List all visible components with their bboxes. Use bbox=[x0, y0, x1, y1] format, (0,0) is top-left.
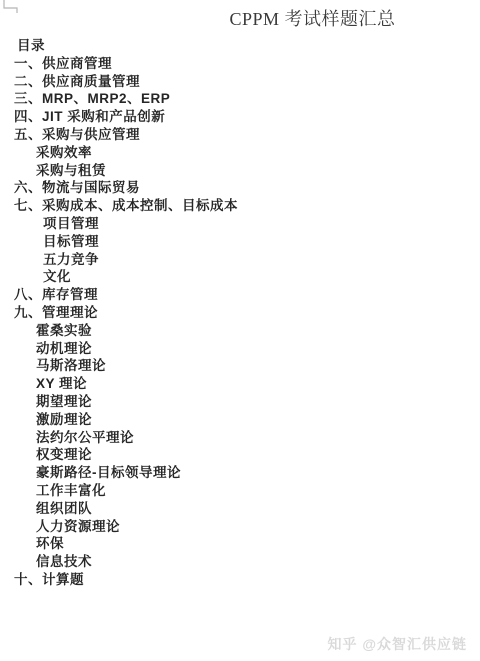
toc-item: 人力资源理论 bbox=[0, 518, 480, 536]
toc-item: 采购与租赁 bbox=[0, 162, 480, 180]
toc-heading: 目录 bbox=[0, 37, 480, 55]
toc-item: 霍桑实验 bbox=[0, 322, 480, 340]
toc-item: 信息技术 bbox=[0, 553, 480, 571]
toc-item: 工作丰富化 bbox=[0, 482, 480, 500]
toc-item: 马斯洛理论 bbox=[0, 357, 480, 375]
toc-item: 权变理论 bbox=[0, 446, 480, 464]
toc-item: 期望理论 bbox=[0, 393, 480, 411]
toc-item: 动机理论 bbox=[0, 340, 480, 358]
toc-item: 五力竞争 bbox=[0, 251, 480, 269]
toc-item: 采购效率 bbox=[0, 144, 480, 162]
table-of-contents: 目录 一、供应商管理二、供应商质量管理三、MRP、MRP2、ERP四、JIT 采… bbox=[0, 37, 480, 589]
watermark-text: 知乎 @众智汇供应链 bbox=[327, 634, 467, 654]
toc-item: 文化 bbox=[0, 268, 480, 286]
toc-item: 激励理论 bbox=[0, 411, 480, 429]
toc-item: 三、MRP、MRP2、ERP bbox=[0, 90, 480, 108]
toc-item: 四、JIT 采购和产品创新 bbox=[0, 108, 480, 126]
toc-item: 法约尔公平理论 bbox=[0, 429, 480, 447]
toc-item: 项目管理 bbox=[0, 215, 480, 233]
toc-item: 豪斯路径-目标领导理论 bbox=[0, 464, 480, 482]
toc-item: 目标管理 bbox=[0, 233, 480, 251]
toc-item: 五、采购与供应管理 bbox=[0, 126, 480, 144]
toc-item: 十、计算题 bbox=[0, 571, 480, 589]
toc-item: 二、供应商质量管理 bbox=[0, 73, 480, 91]
toc-item: 六、物流与国际贸易 bbox=[0, 179, 480, 197]
toc-list: 一、供应商管理二、供应商质量管理三、MRP、MRP2、ERP四、JIT 采购和产… bbox=[0, 55, 480, 589]
page-title: CPPM 考试样题汇总 bbox=[0, 6, 480, 32]
toc-item: 八、库存管理 bbox=[0, 286, 480, 304]
toc-item: 一、供应商管理 bbox=[0, 55, 480, 73]
toc-item: XY 理论 bbox=[0, 375, 480, 393]
toc-item: 九、管理理论 bbox=[0, 304, 480, 322]
toc-item: 七、采购成本、成本控制、目标成本 bbox=[0, 197, 480, 215]
toc-item: 环保 bbox=[0, 535, 480, 553]
toc-item: 组织团队 bbox=[0, 500, 480, 518]
